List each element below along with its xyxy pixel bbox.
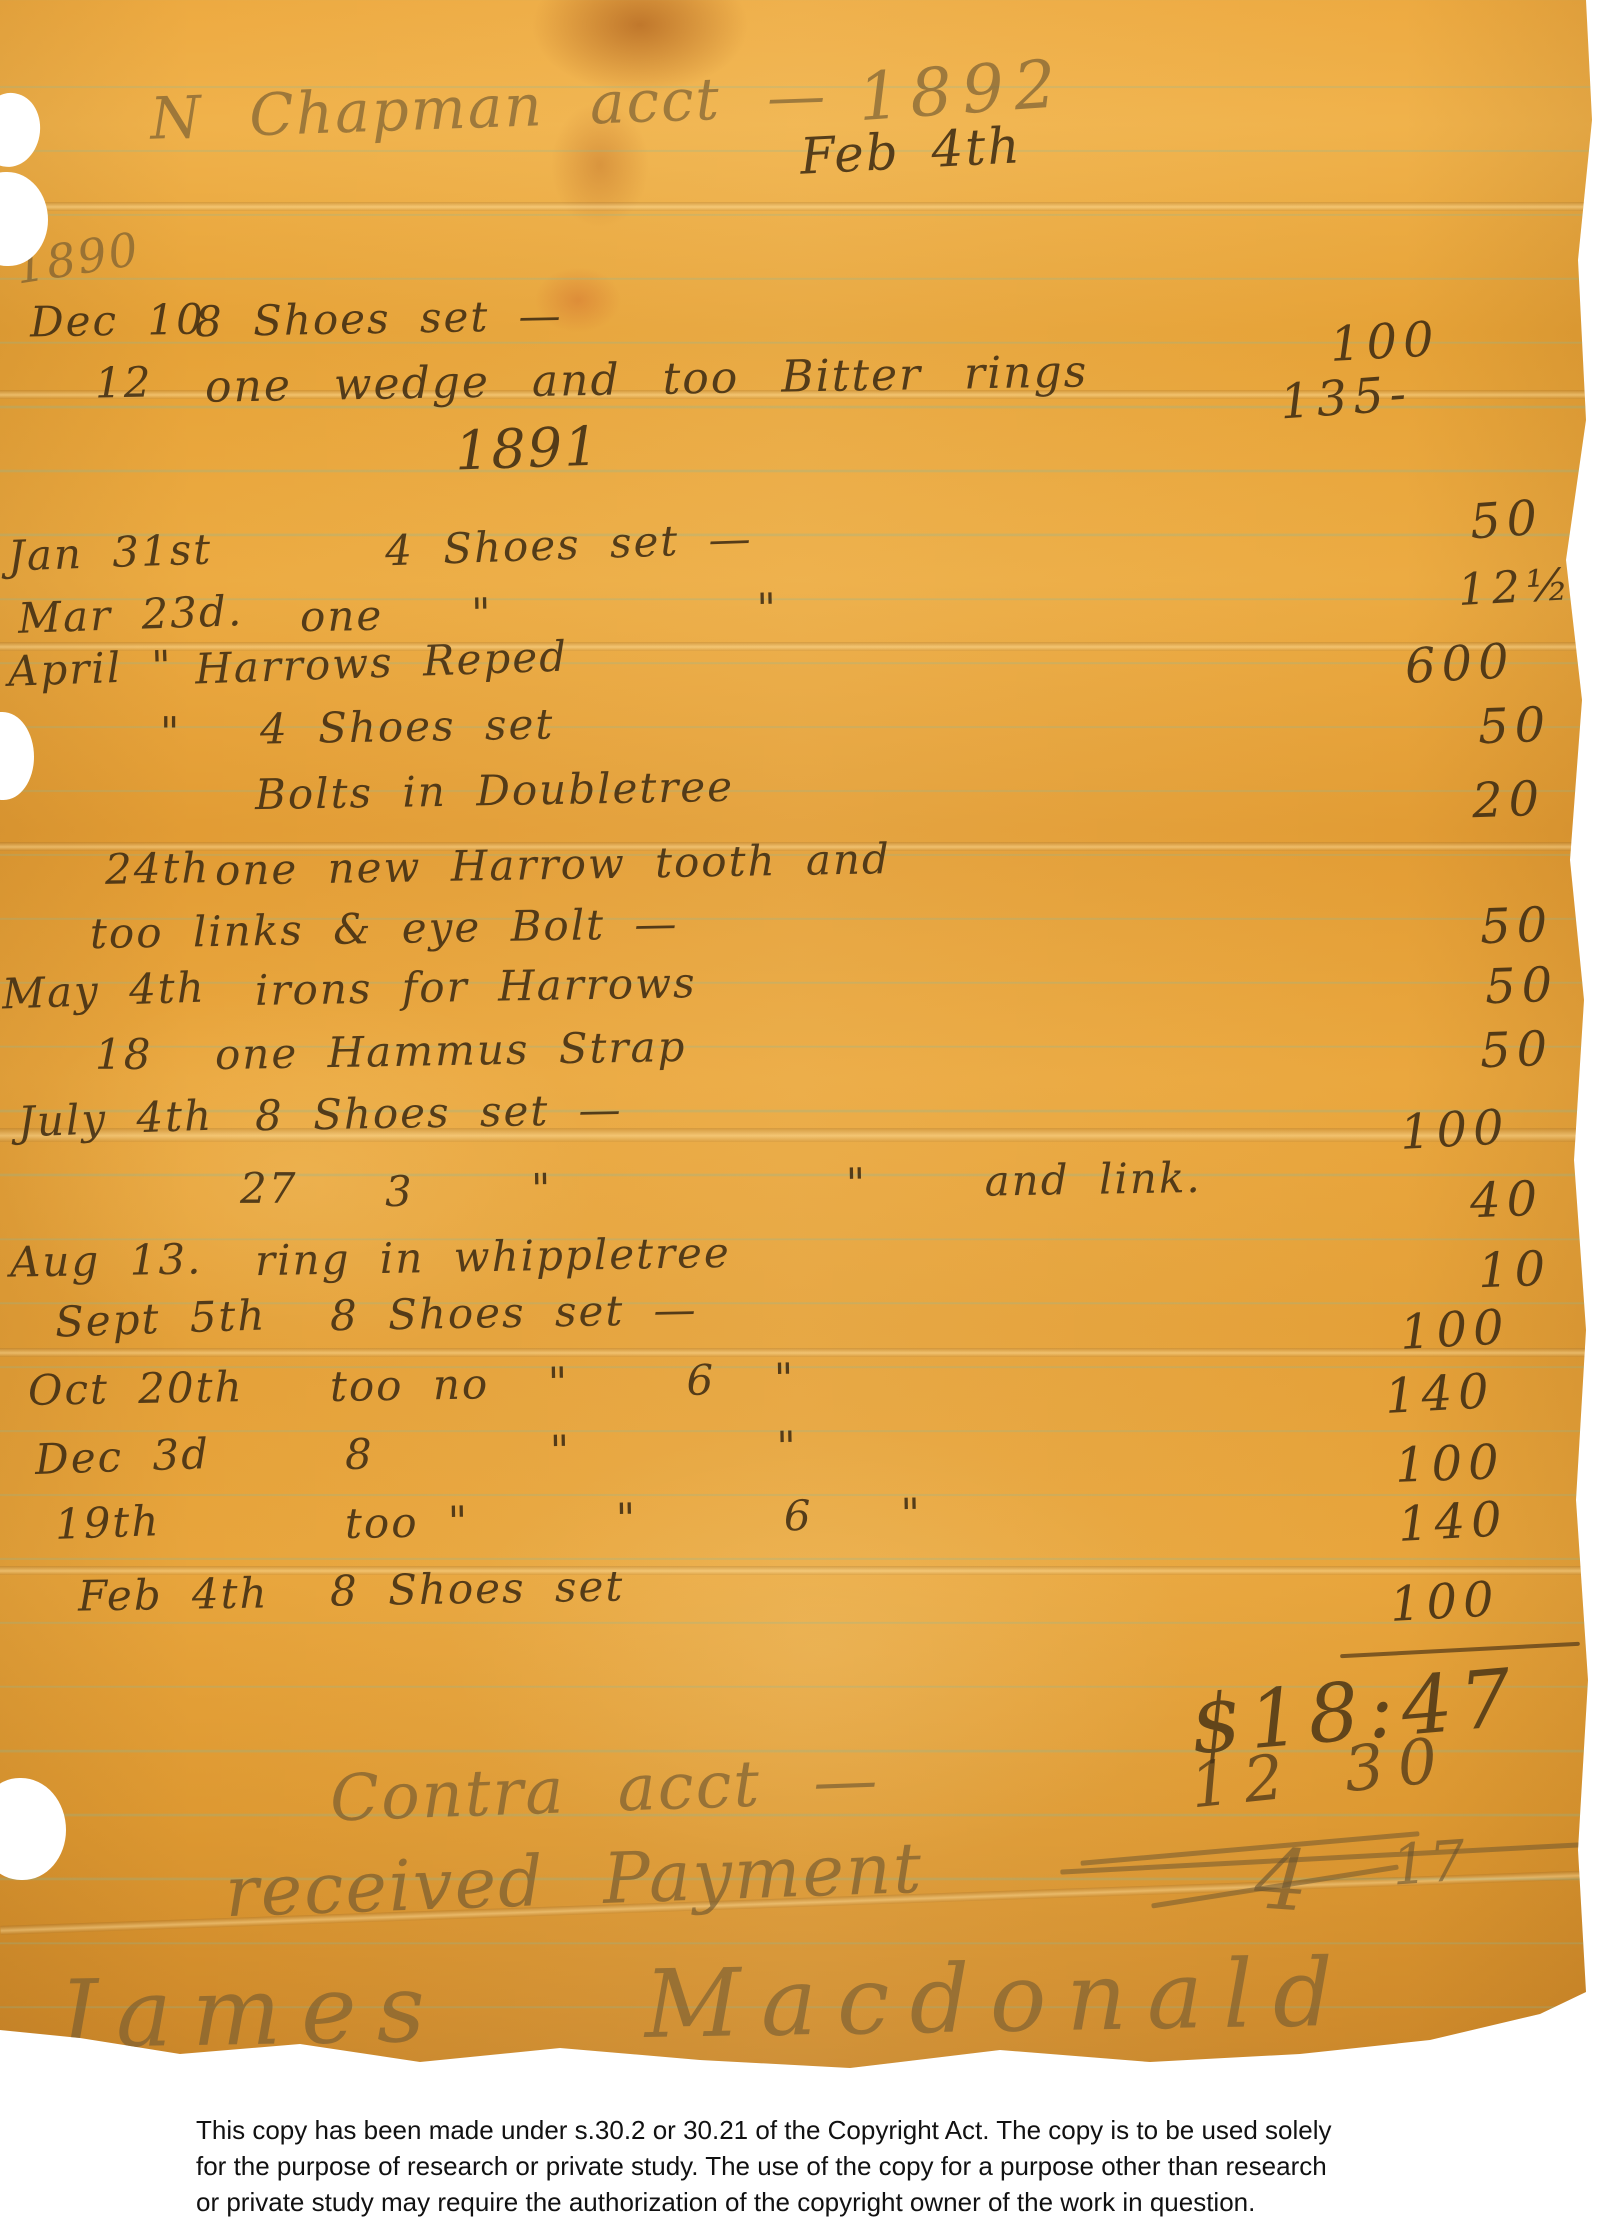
row-desc: irons for Harrows	[255, 962, 697, 1012]
signature: James Macdonald	[57, 1947, 1354, 2064]
row-amount: 100	[1329, 315, 1441, 369]
header-date: Feb 4th	[799, 120, 1023, 182]
section-year-1891: 1891	[454, 419, 601, 478]
row-desc: too links & eye Bolt —	[90, 903, 679, 955]
row-desc: 8 Shoes set —	[255, 1089, 623, 1137]
row-desc: 8 Shoes set —	[330, 1289, 698, 1337]
row-amount: 50	[1479, 1025, 1554, 1076]
row-date: 12	[95, 362, 153, 405]
row-date: May 4th	[1, 966, 206, 1015]
row-desc: too " " 6 "	[345, 1493, 923, 1545]
row-amount: 140	[1397, 1495, 1509, 1549]
row-amount: 10	[1477, 1245, 1552, 1296]
row-date: 27	[240, 1168, 297, 1210]
row-date: 18	[95, 1034, 152, 1076]
row-amount: 40	[1469, 1175, 1544, 1226]
received-amount: 17	[1390, 1833, 1469, 1894]
row-date: Feb 4th	[78, 1572, 269, 1617]
row-amount: 140	[1384, 1367, 1496, 1421]
row-desc: Harrows Reped	[194, 636, 568, 691]
row-desc: 8 Shoes set —	[195, 295, 563, 343]
row-amount: 100	[1399, 1303, 1511, 1357]
row-date: 19th	[54, 1500, 161, 1546]
row-amount: 50	[1468, 494, 1544, 547]
row-date: Dec 10	[30, 298, 206, 343]
row-date: Aug 13.	[10, 1238, 203, 1283]
row-desc: 4 Shoes set	[260, 703, 555, 750]
row-amount: 135-	[1278, 369, 1413, 426]
row-desc: one " "	[300, 588, 779, 638]
row-amount: 100	[1389, 1575, 1501, 1629]
row-desc: ring in whippletree	[255, 1232, 731, 1282]
row-amount: 12½	[1457, 563, 1576, 613]
row-date: Mar 23d.	[17, 590, 243, 640]
contra-account-label: Contra acct —	[329, 1748, 880, 1831]
row-amount: 50	[1477, 701, 1552, 752]
row-amount: 50	[1479, 901, 1554, 952]
aged-paper: N Chapman acct — 1892 Feb 4th 1890 Dec 1…	[0, 0, 1596, 2072]
notice-line: for the purpose of research or private s…	[196, 2148, 1486, 2184]
row-date: "	[160, 712, 181, 754]
row-desc: too no " 6 "	[330, 1358, 796, 1408]
row-amount: 100	[1394, 1438, 1505, 1490]
row-amount: 20	[1471, 775, 1546, 826]
row-date: July 4th	[17, 1095, 213, 1144]
notice-line: This copy has been made under s.30.2 or …	[196, 2112, 1486, 2148]
row-desc: one Hammus Strap	[215, 1026, 687, 1076]
row-desc: 4 Shoes set —	[384, 518, 753, 573]
row-desc: 8 " "	[345, 1426, 799, 1476]
row-date: April "	[7, 645, 173, 693]
notice-line: or private study may require the authori…	[196, 2184, 1486, 2220]
paper-fold	[0, 1128, 1596, 1142]
paper-crease	[0, 202, 1596, 211]
scanned-ledger-page: N Chapman acct — 1892 Feb 4th 1890 Dec 1…	[0, 0, 1616, 2237]
row-desc: Bolts in Doubletree	[255, 766, 735, 816]
row-date: Sept 5th	[54, 1294, 267, 1343]
row-date: Jan 31st	[7, 528, 212, 577]
row-amount: 50	[1484, 961, 1559, 1012]
row-amount: 600	[1404, 637, 1516, 691]
row-date: 24th	[105, 847, 211, 891]
row-desc: 8 Shoes set	[330, 1565, 625, 1612]
paper-crease	[0, 1348, 1596, 1357]
copyright-notice: This copy has been made under s.30.2 or …	[196, 2112, 1486, 2220]
row-amount: 100	[1399, 1103, 1511, 1157]
row-date: Oct 20th	[28, 1366, 244, 1412]
row-date: Dec 3d	[34, 1433, 210, 1481]
row-desc: one new Harrow tooth and	[215, 838, 892, 892]
